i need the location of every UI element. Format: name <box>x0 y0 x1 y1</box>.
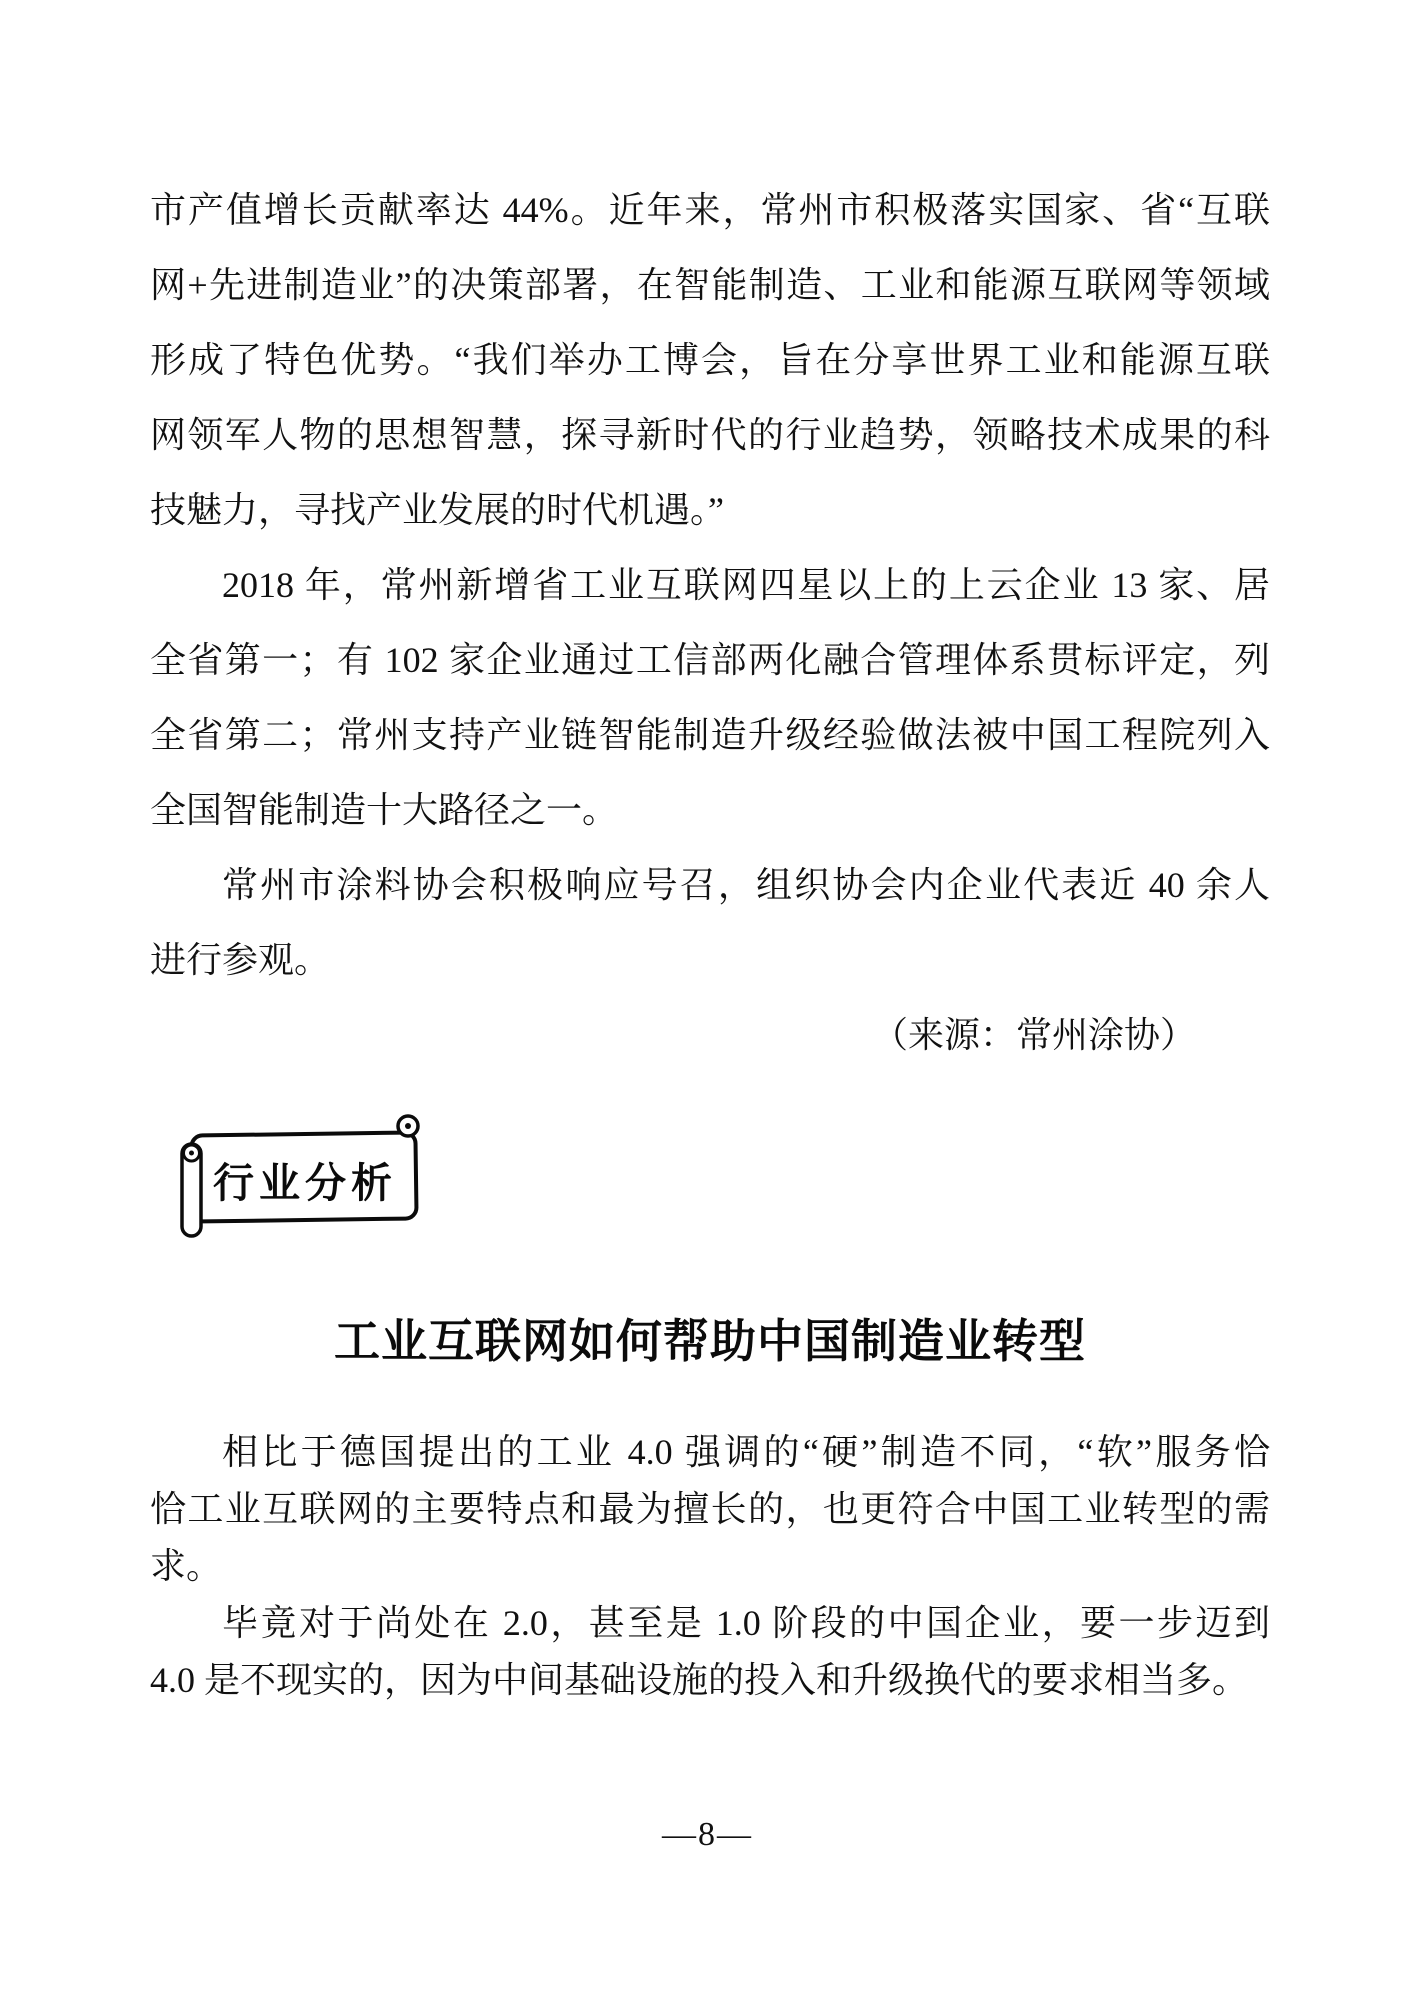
article-top-paragraphs: 市产值增长贡献率达 44%。近年来，常州市积极落实国家、省“互联网+先进制造业”… <box>150 173 1270 998</box>
paragraph-line: 技魅力，寻找产业发展的时代机遇。” <box>150 473 1270 548</box>
article-top-body: 市产值增长贡献率达 44%。近年来，常州市积极落实国家、省“互联网+先进制造业”… <box>150 173 1270 1073</box>
paragraph-line: 网领军人物的思想智慧，探寻新时代的行业趋势，领略技术成果的科 <box>150 398 1270 473</box>
article-main-body: 相比于德国提出的工业 4.0 强调的“硬”制造不同，“软”服务恰恰工业互联网的主… <box>150 1424 1270 1709</box>
paragraph-line: 4.0 是不现实的，因为中间基础设施的投入和升级换代的要求相当多。 <box>150 1652 1270 1709</box>
document-page: 市产值增长贡献率达 44%。近年来，常州市积极落实国家、省“互联网+先进制造业”… <box>0 0 1415 2000</box>
paragraph-line: 形成了特色优势。“我们举办工博会，旨在分享世界工业和能源互联 <box>150 323 1270 398</box>
paragraph: 常州市涂料协会积极响应号召，组织协会内企业代表近 40 余人进行参观。 <box>150 848 1270 998</box>
paragraph: 2018 年，常州新增省工业互联网四星以上的上云企业 13 家、居全省第一；有 … <box>150 548 1270 848</box>
paragraph-line: 常州市涂料协会积极响应号召，组织协会内企业代表近 40 余人 <box>150 848 1270 923</box>
paragraph-line: 相比于德国提出的工业 4.0 强调的“硬”制造不同，“软”服务恰 <box>150 1424 1270 1481</box>
paragraph-line: 全国智能制造十大路径之一。 <box>150 773 1270 848</box>
paragraph-line: 毕竟对于尚处在 2.0，甚至是 1.0 阶段的中国企业，要一步迈到 <box>150 1595 1270 1652</box>
page-number: —8— <box>0 1816 1415 1854</box>
paragraph: 相比于德国提出的工业 4.0 强调的“硬”制造不同，“软”服务恰恰工业互联网的主… <box>150 1424 1270 1595</box>
paragraph-line: 求。 <box>150 1538 1270 1595</box>
article-main-paragraphs: 相比于德国提出的工业 4.0 强调的“硬”制造不同，“软”服务恰恰工业互联网的主… <box>150 1424 1270 1709</box>
paragraph-line: 2018 年，常州新增省工业互联网四星以上的上云企业 13 家、居 <box>150 548 1270 623</box>
section-banner: 行业分析 <box>178 1112 430 1246</box>
paragraph: 毕竟对于尚处在 2.0，甚至是 1.0 阶段的中国企业，要一步迈到4.0 是不现… <box>150 1595 1270 1709</box>
paragraph-line: 全省第一；有 102 家企业通过工信部两化融合管理体系贯标评定，列 <box>150 623 1270 698</box>
paragraph-line: 网+先进制造业”的决策部署，在智能制造、工业和能源互联网等领域 <box>150 248 1270 323</box>
paragraph-line: 恰工业互联网的主要特点和最为擅长的，也更符合中国工业转型的需 <box>150 1481 1270 1538</box>
section-banner-label: 行业分析 <box>194 1150 416 1209</box>
article-title: 工业互联网如何帮助中国制造业转型 <box>150 1305 1270 1371</box>
paragraph-line: 进行参观。 <box>150 923 1270 998</box>
source-attribution: （来源：常州涂协） <box>150 998 1270 1073</box>
paragraph-line: 市产值增长贡献率达 44%。近年来，常州市积极落实国家、省“互联 <box>150 173 1270 248</box>
paragraph-line: 全省第二；常州支持产业链智能制造升级经验做法被中国工程院列入 <box>150 698 1270 773</box>
paragraph: 市产值增长贡献率达 44%。近年来，常州市积极落实国家、省“互联网+先进制造业”… <box>150 173 1270 548</box>
